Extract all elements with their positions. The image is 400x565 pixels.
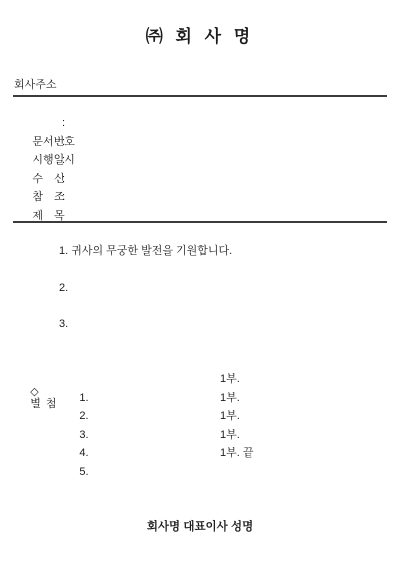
body-line-3: 3. bbox=[59, 318, 68, 330]
attachment-item-copies: 1부. bbox=[220, 370, 240, 389]
diamond-icon: ◇ bbox=[30, 386, 39, 398]
attachment-row: 5. 1부. 끝 bbox=[61, 444, 361, 463]
attachment-item-copies: 1부. 끝 bbox=[220, 444, 253, 463]
meta-colon: : bbox=[62, 188, 65, 207]
attachment-label: 별 첨 bbox=[30, 398, 57, 410]
meta-section-divider bbox=[13, 221, 387, 223]
attachment-row: 3. 1부. bbox=[61, 407, 361, 426]
ceo-signature-line: 회사명 대표이사 성명 bbox=[0, 521, 400, 534]
body-line-1: 1. 귀사의 무궁한 발전을 기원합니다. bbox=[59, 245, 232, 257]
attachment-row: 2. 1부. bbox=[61, 389, 361, 408]
attachment-header: ◇ 별 첨 bbox=[14, 374, 58, 422]
meta-row-recipient: 수 신 : bbox=[14, 151, 214, 170]
meta-colon: : bbox=[62, 133, 65, 152]
meta-colon: : bbox=[62, 151, 65, 170]
attachment-item-copies: 1부. bbox=[220, 407, 240, 426]
attachment-row: 4. 1부. bbox=[61, 426, 361, 445]
company-address-label: 회사주소 bbox=[14, 79, 57, 91]
meta-row-subject: 제 목 : bbox=[14, 188, 214, 207]
meta-row-doc-number: 문서번호 : bbox=[14, 114, 214, 133]
attachment-item-copies: 1부. bbox=[220, 389, 240, 408]
attachment-row: 1. 1부. bbox=[61, 370, 361, 389]
meta-colon: : bbox=[62, 114, 65, 133]
attachment-list: 1. 1부. 2. 1부. 3. 1부. 4. 1부. 5. 1부. 끝 bbox=[61, 370, 361, 463]
body-line-2: 2. bbox=[59, 282, 68, 294]
address-underline bbox=[13, 95, 387, 97]
meta-row-reference: 참 조 : bbox=[14, 170, 214, 189]
meta-row-date: 시행일시 : bbox=[14, 133, 214, 152]
meta-section: 문서번호 : 시행일시 : 수 신 : 참 조 : 제 목 : bbox=[14, 114, 214, 207]
meta-colon: : bbox=[62, 170, 65, 189]
company-name-title: ㈜ 회 사 명 bbox=[0, 28, 400, 46]
attachment-item-number: 5. bbox=[79, 466, 88, 478]
document-page: ㈜ 회 사 명 회사주소 문서번호 : 시행일시 : 수 신 : 참 조 : 제… bbox=[0, 0, 400, 565]
attachment-item-copies: 1부. bbox=[220, 426, 240, 445]
